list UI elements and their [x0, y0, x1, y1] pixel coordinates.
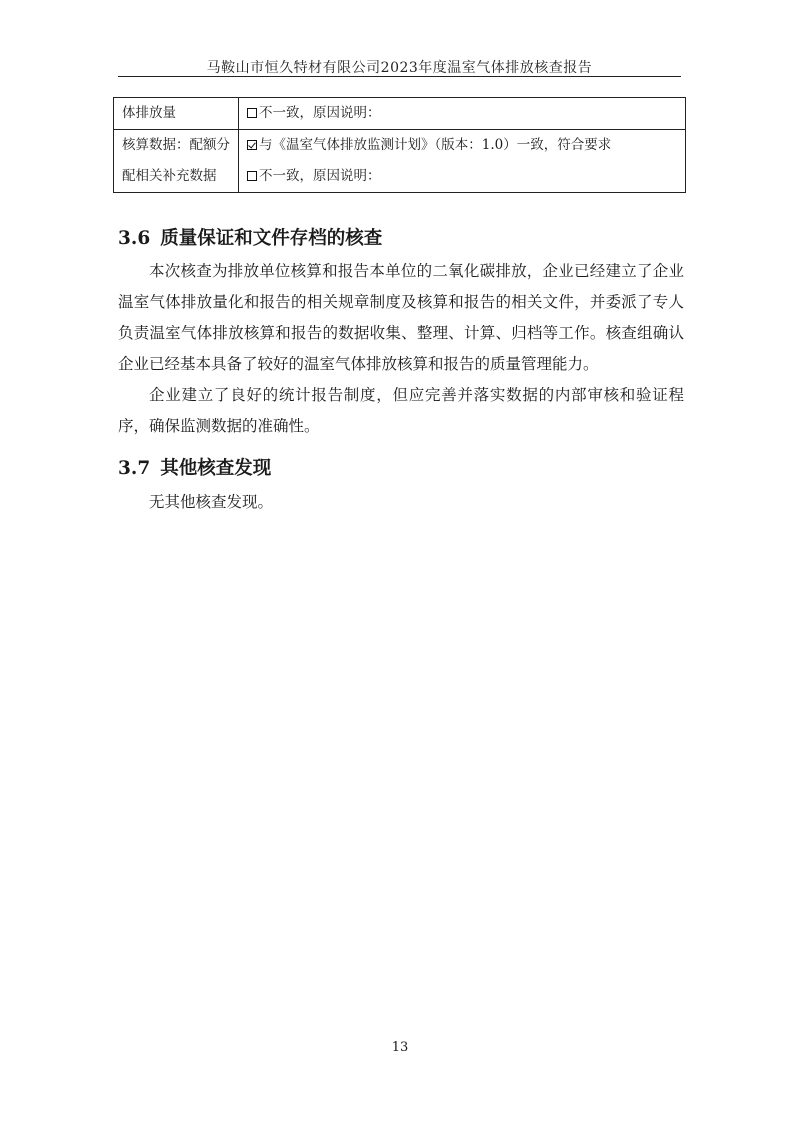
- header-divider: [118, 76, 681, 77]
- section-title: 质量保证和文件存档的核查: [160, 228, 382, 249]
- section-heading-3-6: 3.6质量保证和文件存档的核查: [118, 224, 382, 250]
- table-cell-options: 不一致，原因说明：: [239, 98, 686, 130]
- option-text: 不一致，原因说明：: [259, 105, 381, 121]
- table-cell-label: 体排放量: [114, 98, 239, 130]
- unchecked-checkbox-icon[interactable]: [247, 108, 257, 118]
- section-number: 3.6: [118, 228, 150, 249]
- section-body-3-6: 本次核查为排放单位核算和报告本单位的二氧化碳排放，企业已经建立了企业温室气体排放…: [118, 256, 684, 442]
- option-item: 不一致，原因说明：: [247, 161, 677, 192]
- option-item: 不一致，原因说明：: [247, 98, 677, 129]
- table-cell-label: 核算数据：配额分 配相关补充数据: [114, 130, 239, 193]
- page-number: 13: [0, 1040, 800, 1055]
- section-body-3-7: 无其他核查发现。: [118, 487, 684, 518]
- section-title: 其他核查发现: [160, 458, 271, 479]
- paragraph: 企业建立了良好的统计报告制度，但应完善并落实数据的内部审核和验证程序，确保监测数…: [118, 380, 684, 442]
- table-row: 体排放量 不一致，原因说明：: [114, 98, 686, 130]
- verification-table: 体排放量 不一致，原因说明： 核算数据：配额分 配相关补充数据 与《温室气体排放…: [113, 97, 686, 193]
- paragraph: 无其他核查发现。: [118, 487, 684, 518]
- section-heading-3-7: 3.7其他核查发现: [118, 454, 271, 480]
- table-row: 核算数据：配额分 配相关补充数据 与《温室气体排放监测计划》（版本：1.0）一致…: [114, 130, 686, 193]
- option-item: 与《温室气体排放监测计划》（版本：1.0）一致，符合要求: [247, 130, 677, 161]
- row-label: 配相关补充数据: [122, 161, 230, 192]
- option-text: 不一致，原因说明：: [259, 168, 381, 184]
- unchecked-checkbox-icon[interactable]: [247, 171, 257, 181]
- section-number: 3.7: [118, 458, 150, 479]
- row-label: 体排放量: [122, 98, 230, 129]
- row-label: 核算数据：配额分: [122, 130, 230, 161]
- option-text: 与《温室气体排放监测计划》（版本：1.0）一致，符合要求: [259, 137, 611, 153]
- table-cell-options: 与《温室气体排放监测计划》（版本：1.0）一致，符合要求 不一致，原因说明：: [239, 130, 686, 193]
- running-header-title: 马鞍山市恒久特材有限公司2023年度温室气体排放核查报告: [118, 57, 681, 77]
- paragraph: 本次核查为排放单位核算和报告本单位的二氧化碳排放，企业已经建立了企业温室气体排放…: [118, 256, 684, 380]
- checked-checkbox-icon[interactable]: [247, 140, 257, 150]
